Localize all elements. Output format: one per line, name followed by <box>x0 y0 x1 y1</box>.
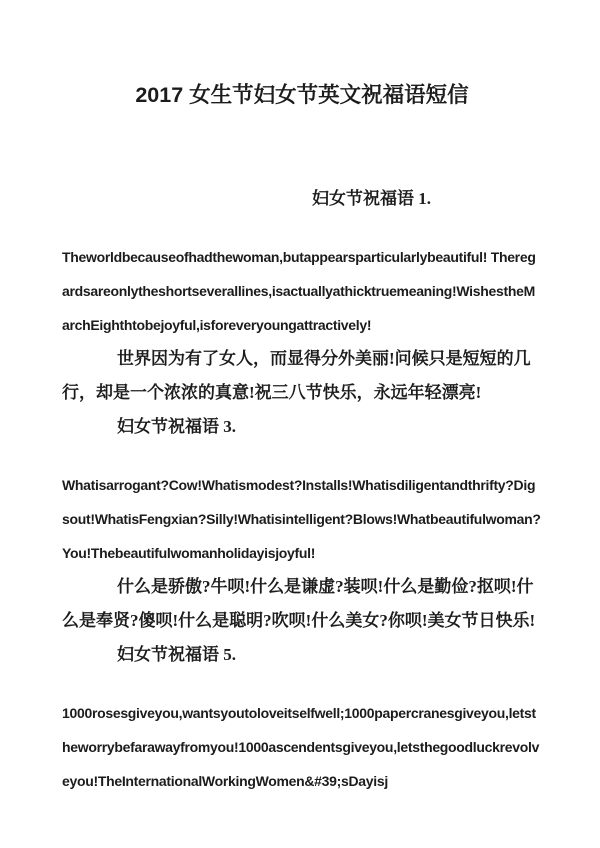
section-label-5: 妇女节祝福语 5. <box>62 638 542 672</box>
section-label-1: 妇女节祝福语 1. <box>62 182 542 216</box>
english-paragraph-1: Theworldbecauseofhadthewoman,butappearsp… <box>62 240 542 342</box>
english-paragraph-5: 1000rosesgiveyou,wantsyoutoloveitselfwel… <box>62 696 542 798</box>
chinese-paragraph-3: 什么是骄傲?牛呗!什么是谦虚?装呗!什么是勤俭?抠呗!什么是奉贤?傻呗!什么是聪… <box>62 570 542 638</box>
document-page: 2017 女生节妇女节英文祝福语短信 妇女节祝福语 1. Theworldbec… <box>0 0 600 848</box>
chinese-paragraph-1: 世界因为有了女人，而显得分外美丽!问候只是短短的几行，却是一个浓浓的真意!祝三八… <box>62 342 542 410</box>
document-title: 2017 女生节妇女节英文祝福语短信 <box>62 76 542 114</box>
english-paragraph-3: Whatisarrogant?Cow!Whatismodest?Installs… <box>62 468 542 570</box>
section-label-3: 妇女节祝福语 3. <box>62 410 542 444</box>
